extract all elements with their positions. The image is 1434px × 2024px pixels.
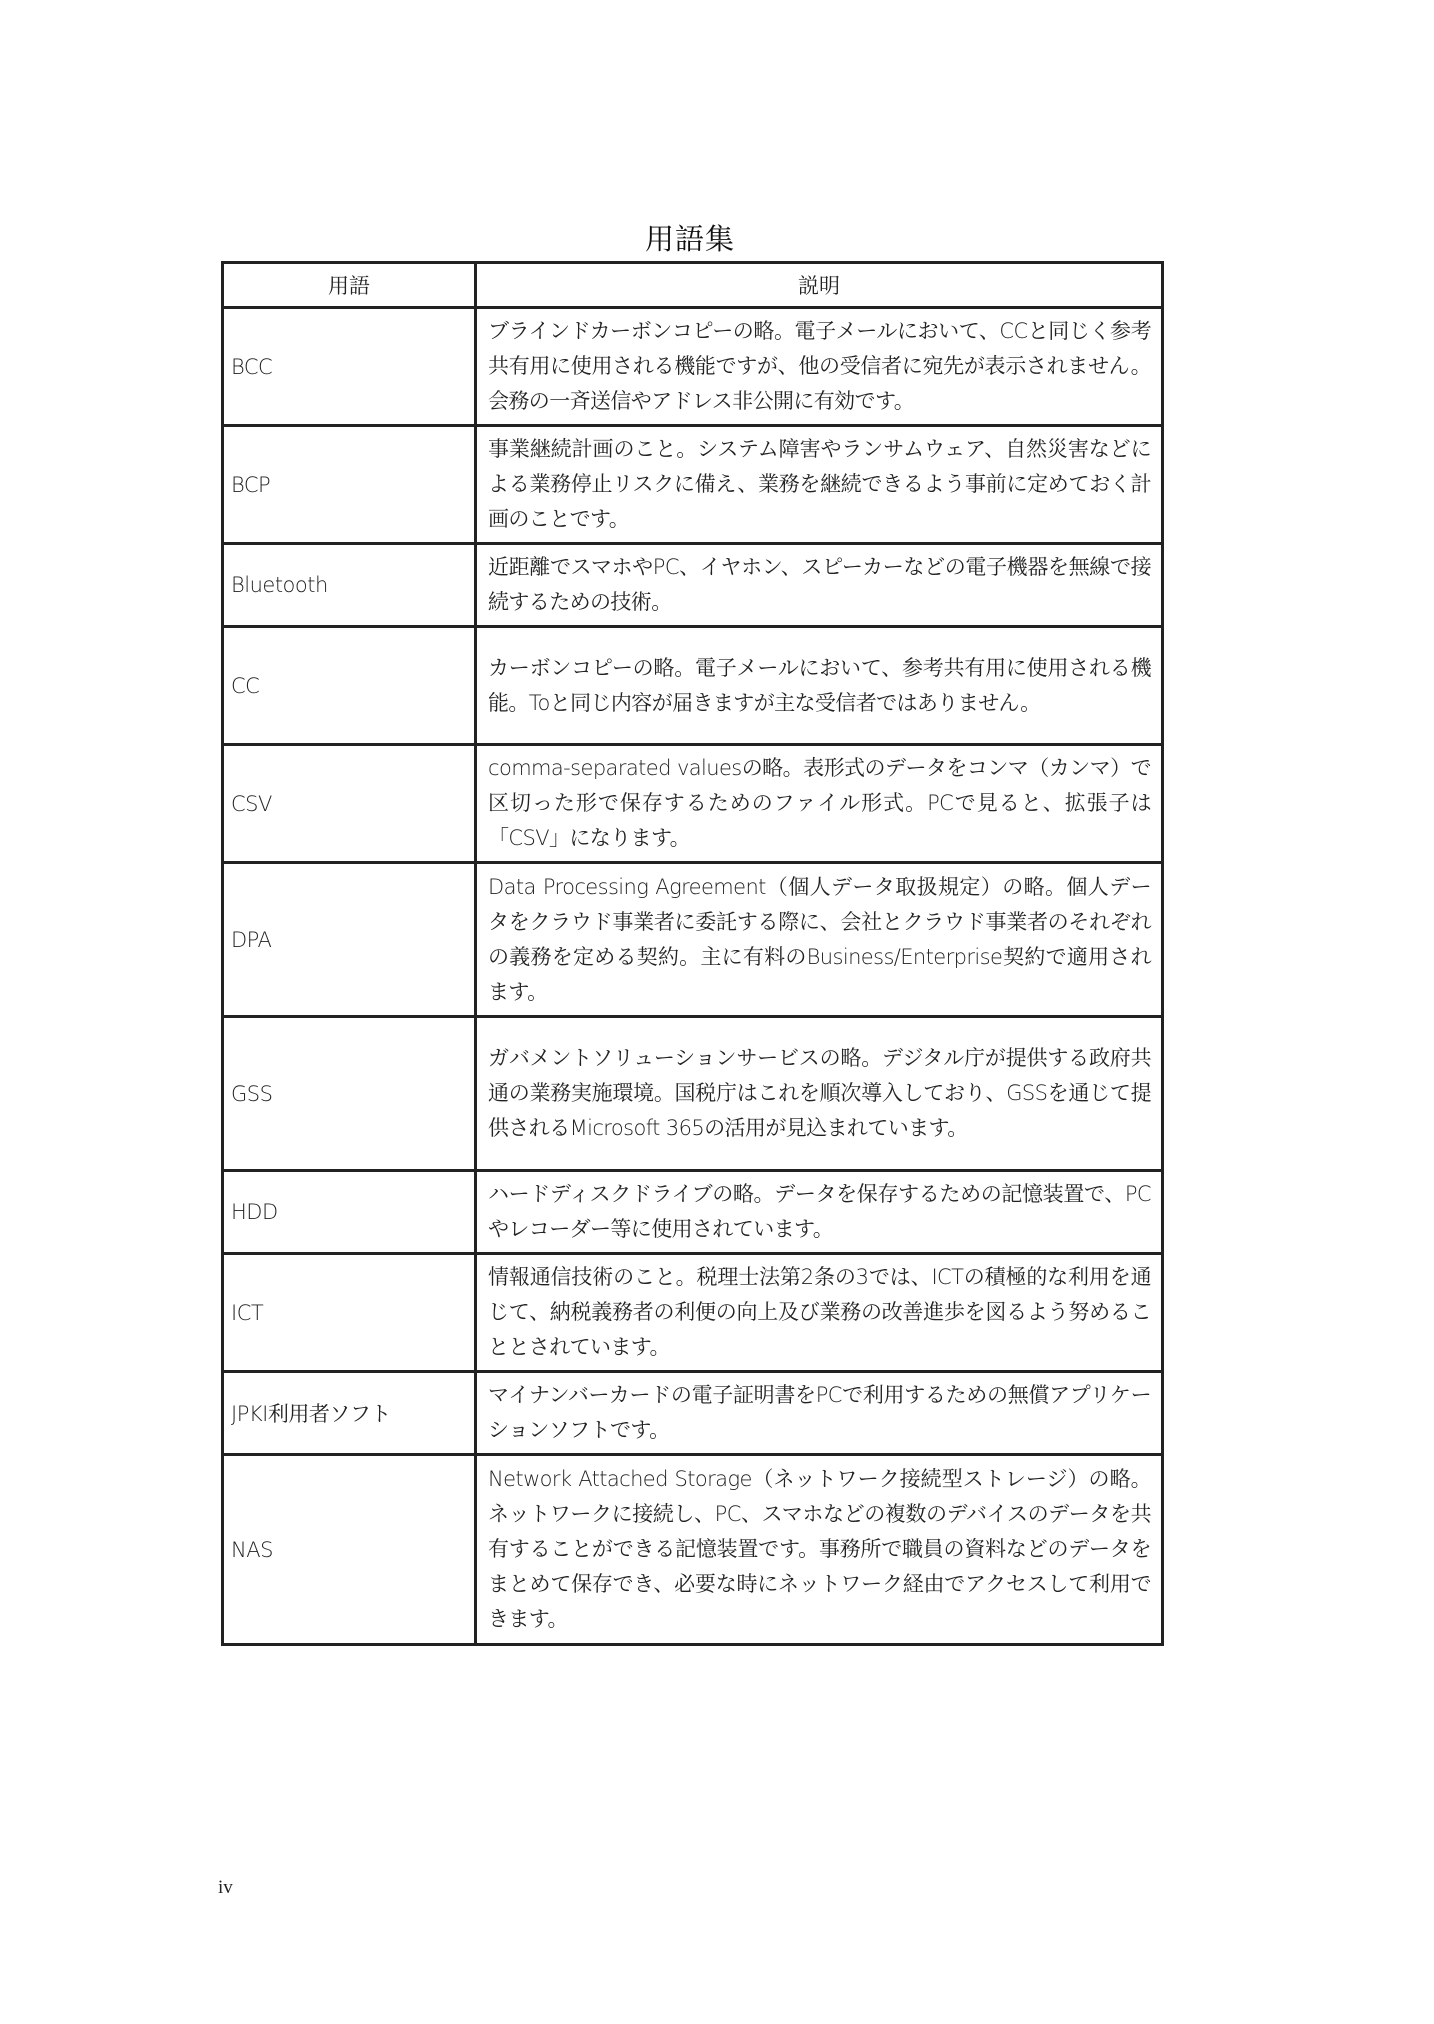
table-row: CC カーボンコピーの略。電子メールにおいて、参考共有用に使用される機能。Toと…	[223, 627, 1163, 745]
term-cell: DPA	[223, 863, 476, 1017]
term-cell: CC	[223, 627, 476, 745]
term-cell: Bluetooth	[223, 544, 476, 627]
table-row: CSV comma-separated valuesの略。表形式のデータをコンマ…	[223, 745, 1163, 863]
table-row: BCC ブラインドカーボンコピーの略。電子メールにおいて、CCと同じく参考共有用…	[223, 308, 1163, 426]
description-cell: マイナンバーカードの電子証明書をPCで利用するための無償アプリケーションソフトで…	[476, 1372, 1163, 1455]
page-number: iv	[218, 1877, 233, 1899]
term-cell: ICT	[223, 1254, 476, 1372]
table-row: GSS ガバメントソリューションサービスの略。デジタル庁が提供する政府共通の業務…	[223, 1017, 1163, 1171]
term-cell: HDD	[223, 1171, 476, 1254]
description-cell: 近距離でスマホやPC、イヤホン、スピーカーなどの電子機器を無線で接続するための技…	[476, 544, 1163, 627]
description-cell: ハードディスクドライブの略。データを保存するための記憶装置で、PCやレコーダー等…	[476, 1171, 1163, 1254]
description-cell: 事業継続計画のこと。システム障害やランサムウェア、自然災害などによる業務停止リス…	[476, 426, 1163, 544]
term-cell: NAS	[223, 1455, 476, 1645]
column-header-term: 用語	[223, 263, 476, 308]
description-cell: Network Attached Storage（ネットワーク接続型ストレージ）…	[476, 1455, 1163, 1645]
table-row: ICT 情報通信技術のこと。税理士法第2条の3では、ICTの積極的な利用を通じて…	[223, 1254, 1163, 1372]
description-cell: ブラインドカーボンコピーの略。電子メールにおいて、CCと同じく参考共有用に使用さ…	[476, 308, 1163, 426]
description-cell: ガバメントソリューションサービスの略。デジタル庁が提供する政府共通の業務実施環境…	[476, 1017, 1163, 1171]
description-cell: カーボンコピーの略。電子メールにおいて、参考共有用に使用される機能。Toと同じ内…	[476, 627, 1163, 745]
table-row: BCP 事業継続計画のこと。システム障害やランサムウェア、自然災害などによる業務…	[223, 426, 1163, 544]
table-row: JPKI利用者ソフト マイナンバーカードの電子証明書をPCで利用するための無償ア…	[223, 1372, 1163, 1455]
term-cell: BCC	[223, 308, 476, 426]
column-header-description: 説明	[476, 263, 1163, 308]
description-cell: 情報通信技術のこと。税理士法第2条の3では、ICTの積極的な利用を通じて、納税義…	[476, 1254, 1163, 1372]
table-row: Bluetooth 近距離でスマホやPC、イヤホン、スピーカーなどの電子機器を無…	[223, 544, 1163, 627]
table-row: NAS Network Attached Storage（ネットワーク接続型スト…	[223, 1455, 1163, 1645]
glossary-table: 用語 説明 BCC ブラインドカーボンコピーの略。電子メールにおいて、CCと同じ…	[221, 261, 1164, 1646]
term-cell: JPKI利用者ソフト	[223, 1372, 476, 1455]
description-cell: Data Processing Agreement（個人データ取扱規定）の略。個…	[476, 863, 1163, 1017]
term-cell: GSS	[223, 1017, 476, 1171]
description-cell: comma-separated valuesの略。表形式のデータをコンマ（カンマ…	[476, 745, 1163, 863]
term-cell: BCP	[223, 426, 476, 544]
table-row: DPA Data Processing Agreement（個人データ取扱規定）…	[223, 863, 1163, 1017]
table-header-row: 用語 説明	[223, 263, 1163, 308]
page-title: 用語集	[0, 219, 1380, 259]
term-cell: CSV	[223, 745, 476, 863]
table-row: HDD ハードディスクドライブの略。データを保存するための記憶装置で、PCやレコ…	[223, 1171, 1163, 1254]
